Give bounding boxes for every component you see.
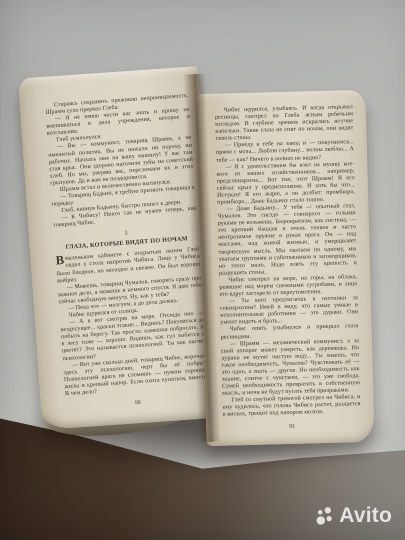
paragraph: — Ты кого предлагаешь в охотники за совн… [220,295,359,327]
left-page-bottom-text: В маленьком кабинете с открытым окном Гл… [55,247,209,398]
left-page-top-text: Стараясь сохранить прежнюю непроницаемос… [45,93,198,230]
book-photo-scene: Стараясь сохранить прежнюю непроницаемос… [0,0,405,540]
paragraph: — Даже Бадьину... У тебя — опытный глаз,… [217,203,357,277]
paragraph: — Я с удовольствием бы взял на мушку кое… [216,161,355,207]
left-page-number: 90 [66,395,210,411]
paragraph: Глеб со смутной тревогой смотрел на Чиби… [222,394,361,419]
right-page-text: Чибис щурился, улыбаясь. И когда открыва… [215,104,361,419]
book-right-page: Чибис щурился, улыбаясь. И когда открыва… [197,90,374,446]
right-page-number: 91 [223,423,361,433]
paragraph: Чибис щурился, улыбаясь. И когда открыва… [215,104,354,143]
paragraph: — Шрамм — механический коммунист, а за с… [221,338,360,398]
